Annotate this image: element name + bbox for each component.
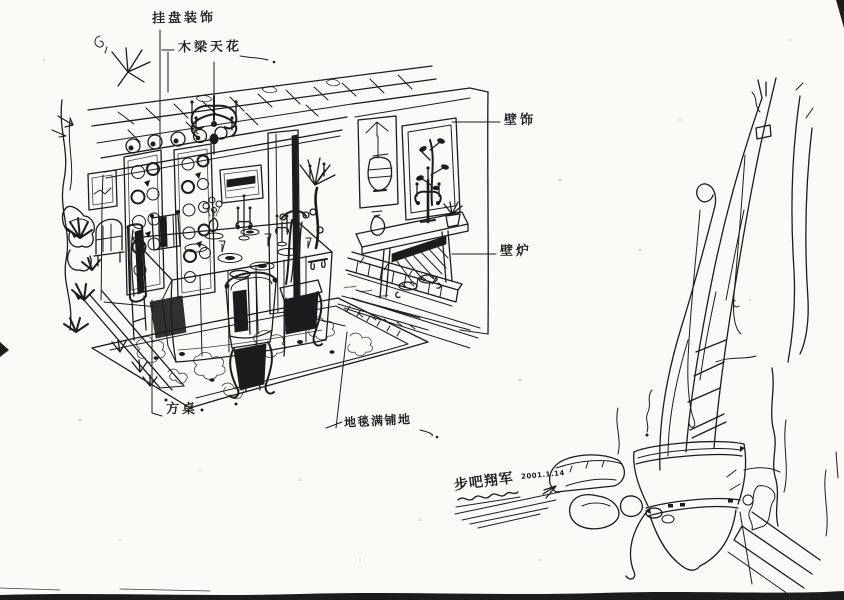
annotation-ceiling: 木梁天花 — [178, 40, 242, 54]
wall-art-drawing — [402, 118, 460, 220]
ink-drawing — [0, 0, 844, 600]
rocks-drawing — [543, 368, 838, 594]
annotation-plate-decor: 挂盘装饰 — [152, 11, 216, 25]
annotation-table: 方桌 — [166, 403, 198, 416]
annotation-fireplace: 壁炉 — [500, 245, 532, 258]
potted-plant-drawing — [617, 78, 813, 584]
stool-drawing — [94, 219, 124, 266]
sketch-page: 挂盘装饰 木梁天花 壁饰 壁炉 方桌 地毯满铺地 步吧翔军 2001.1.14 — [0, 0, 844, 600]
lantern-niche-drawing — [358, 116, 398, 208]
annotation-wall-decor: 壁饰 — [504, 114, 536, 127]
annotation-carpet: 地毯满铺地 — [344, 413, 412, 429]
signature-flourish-drawing — [455, 492, 560, 528]
left-foliage-drawing — [61, 100, 100, 332]
scan-artifacts — [0, 0, 844, 600]
